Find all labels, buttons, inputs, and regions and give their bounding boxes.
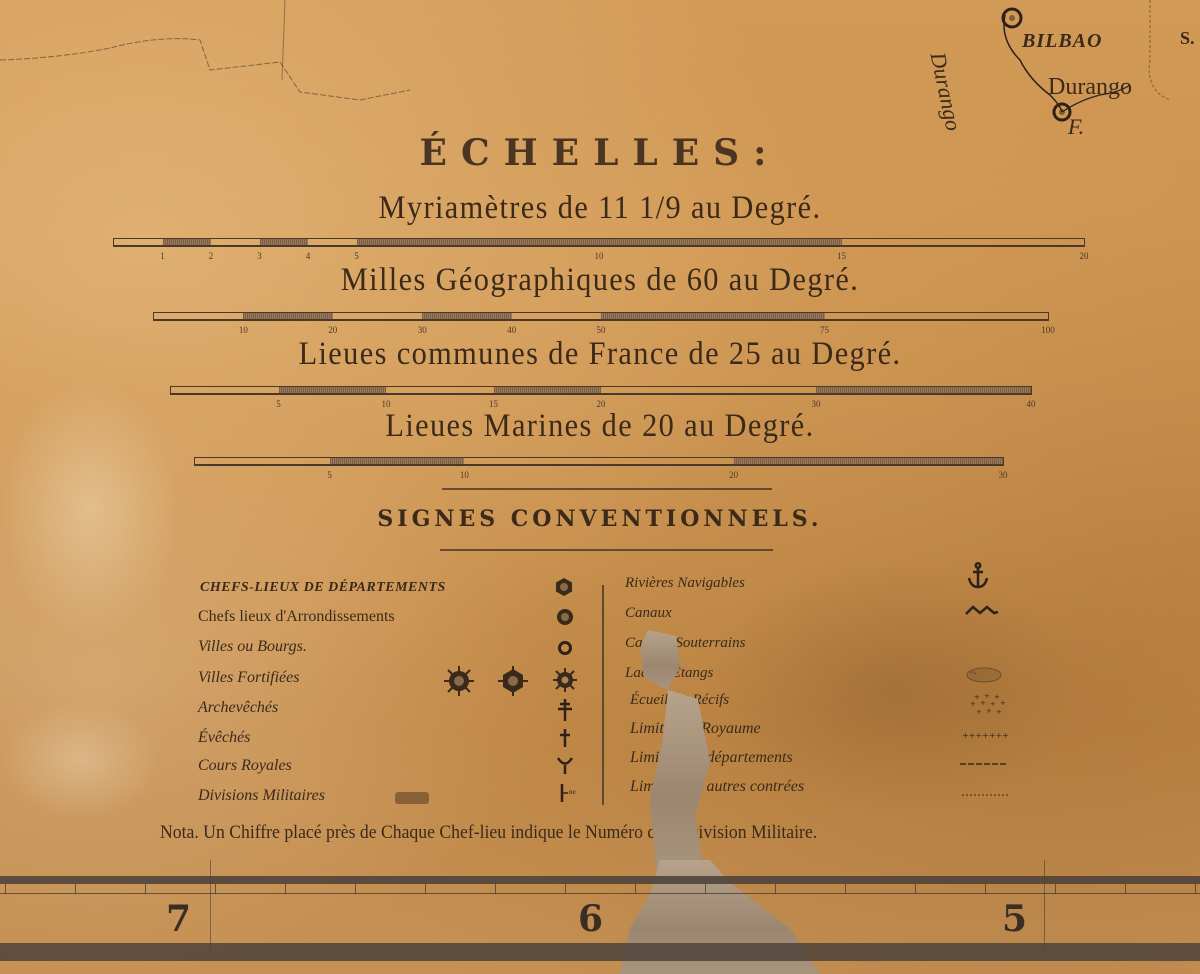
border-tick xyxy=(145,884,146,894)
fortress-star-icon xyxy=(551,666,579,694)
border-tick xyxy=(1125,884,1126,894)
border-tick xyxy=(775,884,776,894)
place-label-bilbao: BILBAO xyxy=(1022,30,1102,53)
scale-tick-label: 50 xyxy=(597,325,606,335)
border-tick xyxy=(355,884,356,894)
svg-text:+: + xyxy=(1000,699,1006,707)
scale-tick-label: 40 xyxy=(507,325,516,335)
border-tick xyxy=(635,884,636,894)
scale-tick-label: 10 xyxy=(239,325,248,335)
smudge-mark xyxy=(395,792,429,804)
map-fragment-rivers xyxy=(0,0,1200,140)
scale-tick-label: 20 xyxy=(729,470,738,480)
echelles-title: ÉCHELLES: xyxy=(0,132,1200,174)
meridian-line xyxy=(210,860,211,950)
scale-title-lieues-marines: Lieues Marines de 20 au Degré. xyxy=(48,408,1152,445)
svg-text:+++++++: +++++++ xyxy=(962,731,1008,740)
scale-bar-segment xyxy=(357,239,842,245)
border-grid-number: 7 xyxy=(166,898,191,940)
scale-tick-label: 2 xyxy=(209,251,214,261)
cross-icon xyxy=(558,728,572,748)
scale-bar-lieues-marines: 5102030 xyxy=(194,457,1004,466)
border-tick xyxy=(1055,884,1056,894)
border-tick xyxy=(845,884,846,894)
legend-label-chefs-lieux-arrondissements: Chefs lieux d'Arrondissements xyxy=(198,608,395,626)
border-tick xyxy=(565,884,566,894)
divider-rule xyxy=(442,488,772,490)
divider-rule xyxy=(440,549,773,551)
scale-bar-segment xyxy=(422,313,511,319)
military-flag-icon: ne xyxy=(558,783,580,803)
place-label-durango-town: Durango xyxy=(1048,74,1132,101)
border-tick xyxy=(215,884,216,894)
filled-circle-icon xyxy=(556,608,574,626)
svg-text:ne: ne xyxy=(569,788,576,796)
dotted-line-icon xyxy=(962,793,1008,797)
crescent-icon xyxy=(556,755,574,775)
scale-tick-label: 15 xyxy=(837,251,846,261)
scale-tick-label: 5 xyxy=(354,251,359,261)
legend-label-chefs-lieux-departements: CHEFS-LIEUX DE DÉPARTEMENTS xyxy=(200,580,446,596)
scale-bar-segment xyxy=(260,239,309,245)
anchor-icon xyxy=(966,562,990,590)
scale-bar-myriametres: 12345101520 xyxy=(113,238,1085,247)
place-label-partial: S. xyxy=(1180,28,1195,49)
scale-bar-segment xyxy=(494,387,602,393)
scale-bar-lieues-communes: 51015203040 xyxy=(170,386,1032,395)
legend-label-villes-fortifiees: Villes Fortifiées xyxy=(198,669,299,687)
scale-tick-label: 3 xyxy=(257,251,262,261)
legend-label-archeveches: Archevêchés xyxy=(198,699,278,717)
scale-bar-segment xyxy=(734,458,1003,464)
scale-tick-label: 20 xyxy=(1080,251,1089,261)
legend-label-canaux: Canaux xyxy=(625,605,672,622)
svg-text:+: + xyxy=(970,700,976,708)
scale-bar-segment xyxy=(816,387,1031,393)
border-frame-line xyxy=(0,876,1200,884)
cross-dotted-line-icon: +++++++ xyxy=(962,730,1008,740)
scale-tick-label: 10 xyxy=(460,470,469,480)
legend-label-villes-bourgs: Villes ou Bourgs. xyxy=(198,638,307,656)
svg-text:+: + xyxy=(996,708,1002,716)
scale-tick-label: 100 xyxy=(1041,325,1055,335)
scale-bar-segment xyxy=(279,387,387,393)
svg-text:+: + xyxy=(980,699,986,707)
scale-tick-label: 4 xyxy=(306,251,311,261)
scale-bar-segment xyxy=(243,313,332,319)
border-tick xyxy=(425,884,426,894)
border-grid-number: 6 xyxy=(578,898,603,940)
scale-bar-segment xyxy=(330,458,465,464)
scale-tick-label: 5 xyxy=(327,470,332,480)
border-frame-line xyxy=(0,943,1200,961)
border-tick xyxy=(915,884,916,894)
legend-label-rivieres-navigables: Rivières Navigables xyxy=(625,575,745,592)
dashed-line-icon xyxy=(960,762,1008,766)
scale-tick-label: 10 xyxy=(595,251,604,261)
scale-tick-label: 20 xyxy=(328,325,337,335)
fortress-star-icon xyxy=(442,664,476,698)
meridian-line xyxy=(1044,860,1045,950)
legend-label-cours-royales: Cours Royales xyxy=(198,757,292,775)
lake-icon xyxy=(965,666,1003,684)
scale-tick-label: 75 xyxy=(820,325,829,335)
signes-title: SIGNES CONVENTIONNELS. xyxy=(0,506,1200,532)
fortress-star-icon xyxy=(496,664,530,698)
zigzag-icon xyxy=(965,604,999,616)
border-grid-number: 5 xyxy=(1002,898,1027,940)
border-tick xyxy=(705,884,706,894)
column-divider xyxy=(602,585,604,805)
legend-label-divisions-militaires: Divisions Militaires xyxy=(198,787,325,805)
svg-text:+: + xyxy=(976,708,982,716)
scale-tick-label: 1 xyxy=(160,251,165,261)
reef-crosses-icon: ++++++++++ xyxy=(968,692,1008,718)
scale-tick-label: 30 xyxy=(418,325,427,335)
legend-label-limites-departements: Limites des départements xyxy=(630,749,793,767)
svg-text:+: + xyxy=(986,707,992,715)
ring-icon xyxy=(557,640,573,656)
hexagon-dot-icon xyxy=(554,577,574,597)
border-tick xyxy=(1195,884,1196,894)
scale-bar-milles-geographiques: 102030405075100 xyxy=(153,312,1049,321)
legend-label-eveches: Évêchés xyxy=(198,729,250,747)
scale-title-lieues-communes: Lieues communes de France de 25 au Degré… xyxy=(48,336,1152,373)
scale-title-milles-geographiques: Milles Géographiques de 60 au Degré. xyxy=(48,262,1152,299)
double-cross-icon xyxy=(557,698,573,722)
scale-title-myriametres: Myriamètres de 11 1/9 au Degré. xyxy=(48,190,1152,227)
scale-bar-segment xyxy=(163,239,212,245)
scale-tick-label: 30 xyxy=(999,470,1008,480)
paper-stain xyxy=(0,700,160,820)
nota-text: Nota. Un Chiffre placé près de Chaque Ch… xyxy=(160,822,817,844)
border-tick xyxy=(5,884,6,894)
border-tick xyxy=(495,884,496,894)
border-tick xyxy=(985,884,986,894)
scale-bar-segment xyxy=(601,313,825,319)
border-tick xyxy=(75,884,76,894)
border-frame-line xyxy=(0,893,1200,894)
border-tick xyxy=(285,884,286,894)
